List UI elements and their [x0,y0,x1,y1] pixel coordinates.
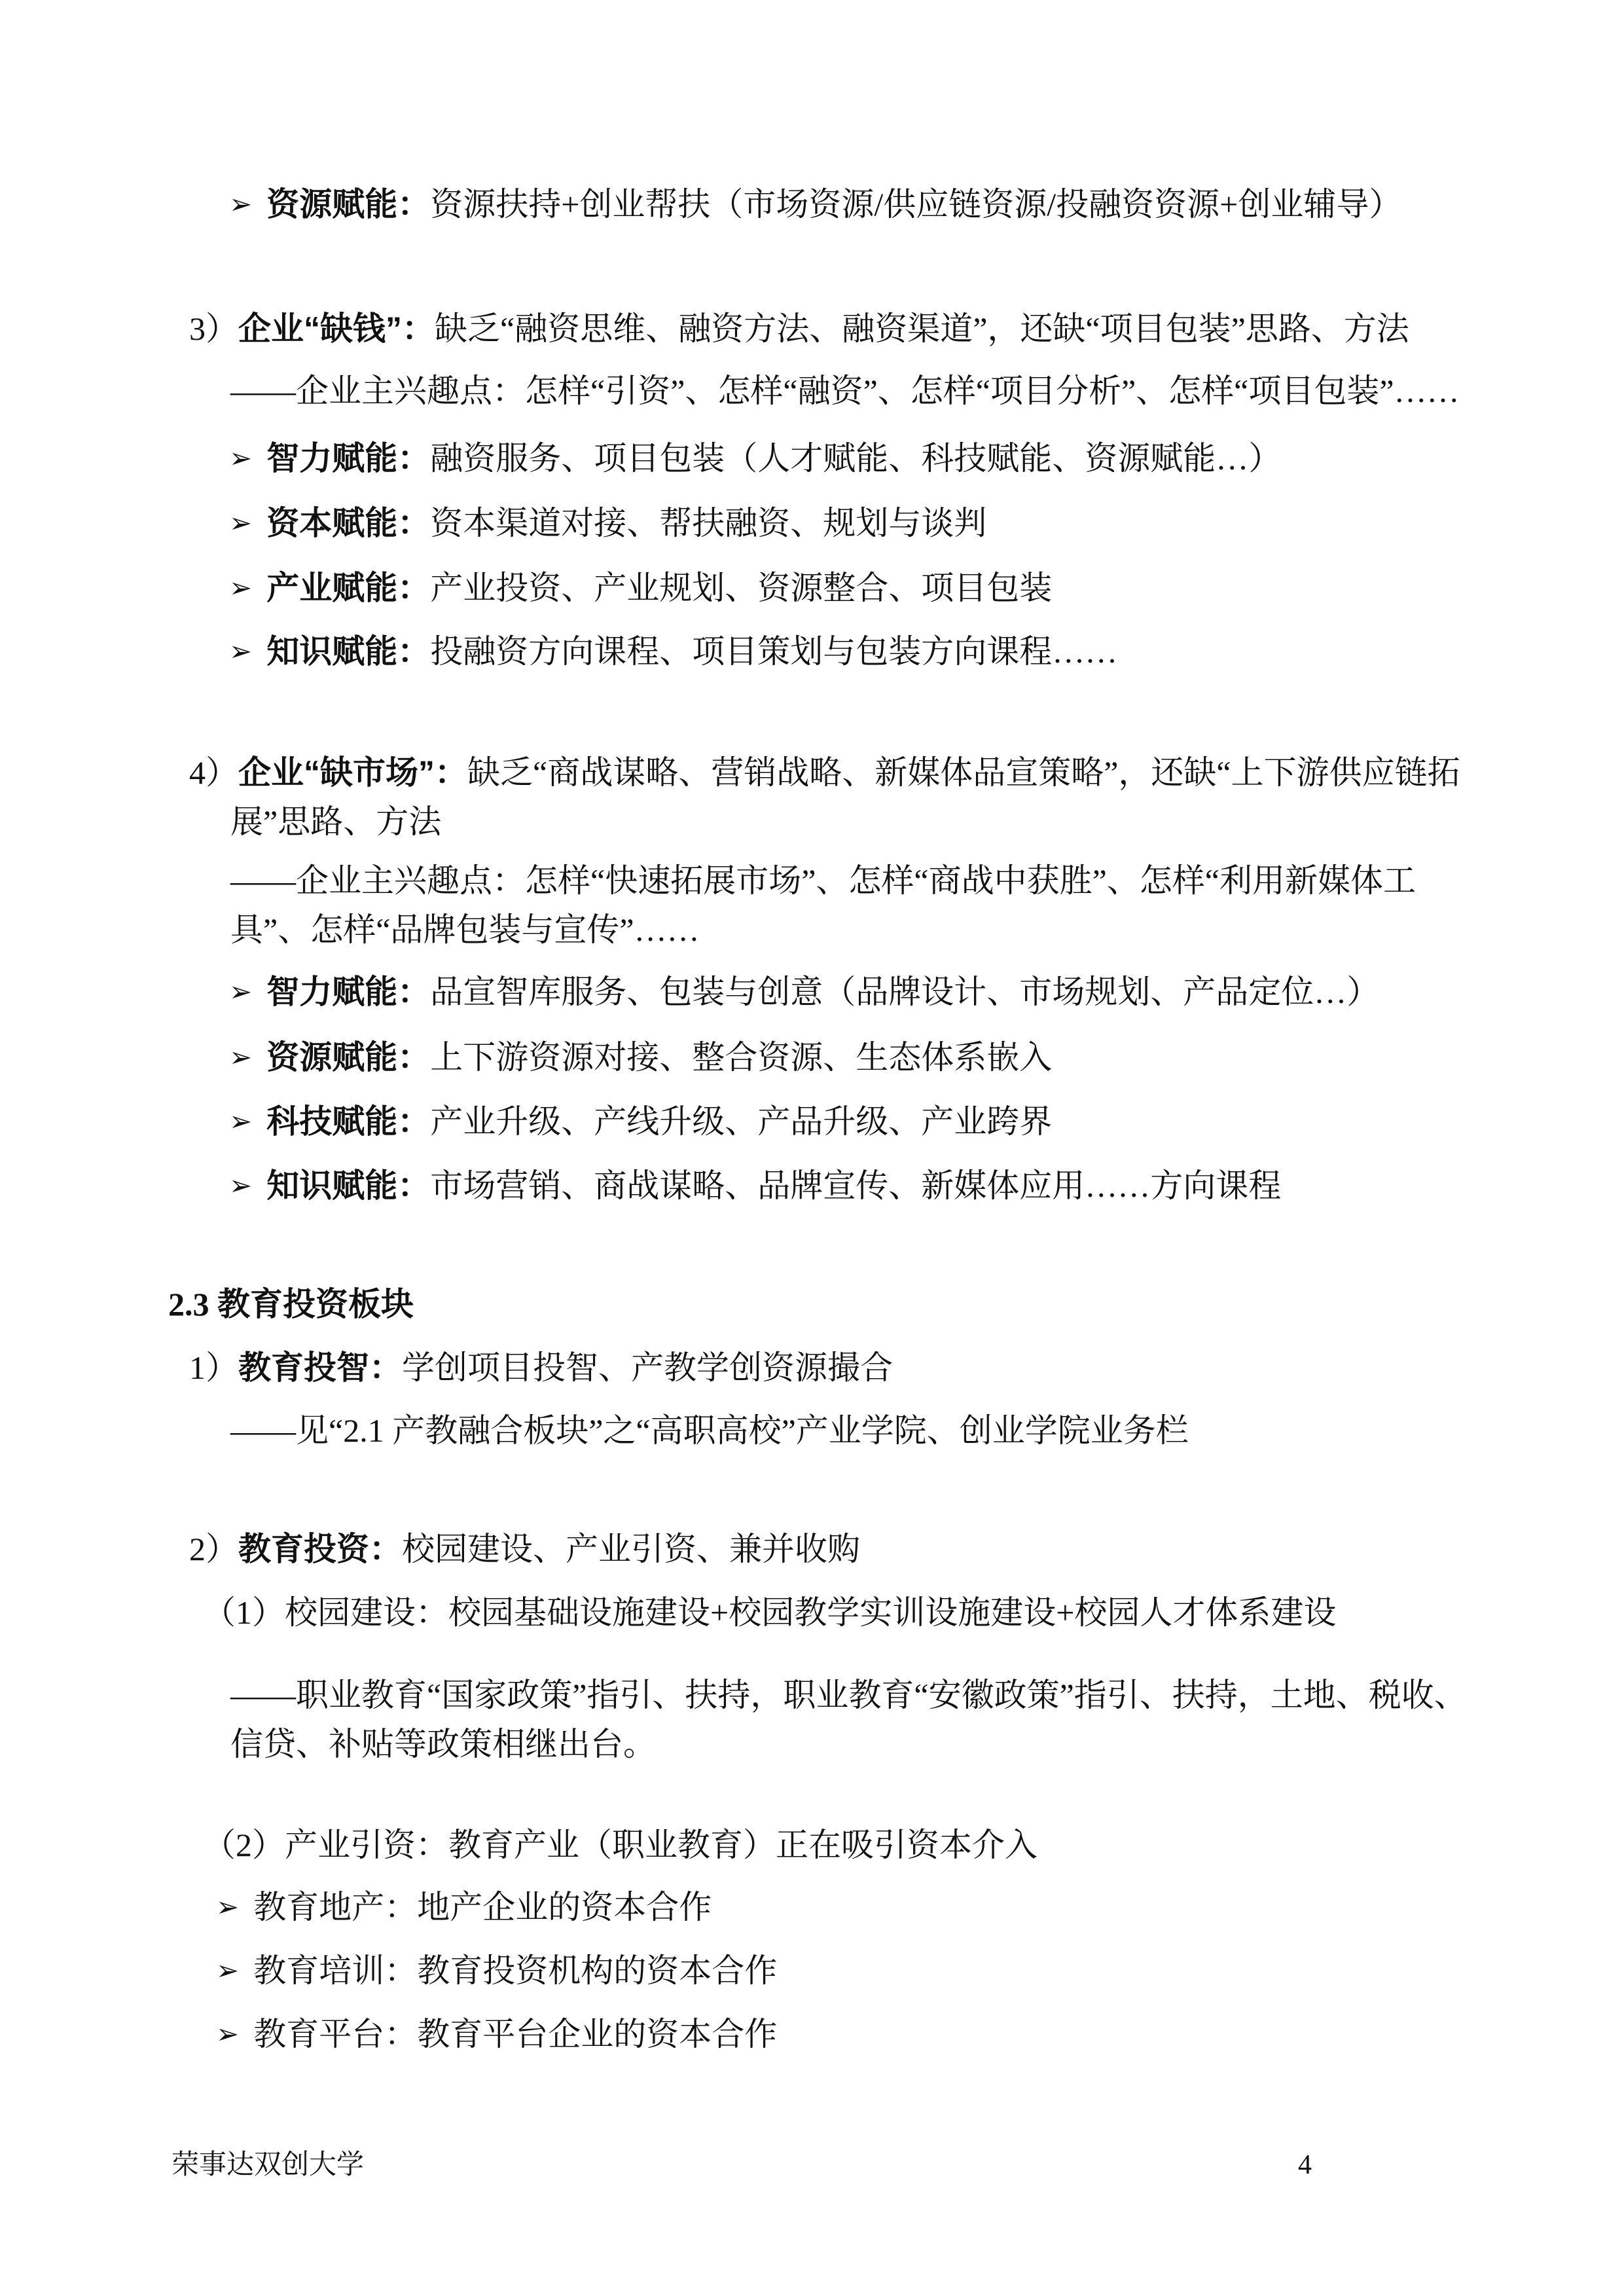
arrow-bullet-icon: ➢ [229,563,252,612]
bullet-item: ➢科技赋能：产业升级、产线升级、产品升级、产业跨界 [229,1097,1470,1148]
page-number: 4 [1298,2145,1312,2185]
footer-org-name: 荣事达双创大学 [171,2145,364,2185]
bullet-item: ➢智力赋能：品宣智库服务、包装与创意（品牌设计、市场规划、产品定位…） [229,968,1470,1018]
arrow-bullet-icon: ➢ [216,1882,239,1931]
bullet-label: 知识赋能： [266,633,430,670]
numbered-item-1: 1）教育投智：学创项目投智、产教学创资源撮合 [0,1343,1470,1393]
item-label: 产业引资： [285,1827,448,1863]
numbered-item-2: 2）教育投资：校园建设、产业引资、兼并收购 [0,1525,1470,1574]
bullet-label: 产业赋能： [266,570,430,606]
note-text: ——企业主兴趣点：怎样“引资”、怎样“融资”、怎样“项目分析”、怎样“项目包装”… [230,373,1460,409]
item-number: 4） [189,754,238,791]
bullet-label: 资源赋能： [266,1039,430,1076]
paren-item-1: （1）校园建设：校园基础设施建设+校园教学实训设施建设+校园人才体系建设 [203,1588,1470,1637]
item-label: 教育投资： [238,1531,402,1567]
bullet-item: ➢教育地产：地产企业的资本合作 [216,1883,1470,1933]
heading-text: 2.3 教育投资板块 [168,1286,414,1322]
bullet-text: 上下游资源对接、整合资源、生态体系嵌入 [430,1039,1052,1076]
item-text: 校园建设、产业引资、兼并收购 [402,1531,860,1567]
numbered-item-4: 4）企业“缺市场”：缺乏“商战谋略、营销战略、新媒体品宣策略”，还缺“上下游供应… [0,748,1470,847]
item-number: 2） [189,1531,238,1567]
item-text: 缺乏“融资思维、融资方法、融资渠道”，还缺“项目包装”思路、方法 [435,310,1409,347]
bullet-item: ➢知识赋能：投融资方向课程、项目策划与包装方向课程…… [229,627,1470,678]
item-number: 1） [189,1349,238,1386]
bullet-text: 投融资方向课程、项目策划与包装方向课程…… [430,633,1117,670]
bullet-text: 教育投资机构的资本合作 [417,1952,777,1989]
bullet-text: 地产企业的资本合作 [417,1889,712,1925]
interest-note: ——企业主兴趣点：怎样“快速拓展市场”、怎样“商战中获胜”、怎样“利用新媒体工具… [230,856,1470,955]
item-label: 教育投智： [238,1349,402,1386]
item-text: 学创项目投智、产教学创资源撮合 [402,1349,893,1386]
arrow-bullet-icon: ➢ [229,1161,252,1210]
bullet-item: ➢资源赋能：资源扶持+创业帮扶（市场资源/供应链资源/投融资资源+创业辅导） [229,180,1470,230]
bullet-item: ➢知识赋能：市场营销、商战谋略、品牌宣传、新媒体应用……方向课程 [229,1161,1470,1212]
bullet-text: 教育平台企业的资本合作 [417,2016,777,2052]
bullet-label: 资本赋能： [266,505,430,541]
numbered-item-3: 3）企业“缺钱”：缺乏“融资思维、融资方法、融资渠道”，还缺“项目包装”思路、方… [0,304,1470,354]
paren-item-2: （2）产业引资：教育产业（职业教育）正在吸引资本介入 [203,1821,1470,1870]
arrow-bullet-icon: ➢ [216,1946,239,1995]
item-number: 3） [189,310,238,347]
note-text: ——见“2.1 产教融合板块”之“高职高校”产业学院、创业学院业务栏 [230,1412,1189,1449]
arrow-bullet-icon: ➢ [229,179,252,228]
bullet-item: ➢资源赋能：上下游资源对接、整合资源、生态体系嵌入 [229,1033,1470,1084]
arrow-bullet-icon: ➢ [229,627,252,676]
bullet-item: ➢教育培训：教育投资机构的资本合作 [216,1946,1470,1997]
note-text: ——企业主兴趣点：怎样“快速拓展市场”、怎样“商战中获胜”、怎样“利用新媒体工具… [230,862,1416,948]
bullet-label: 教育地产： [253,1889,417,1925]
item-label: 校园建设： [285,1594,448,1631]
policy-note: ——职业教育“国家政策”指引、扶持，职业教育“安徽政策”指引、扶持，土地、税收、… [230,1671,1470,1769]
bullet-text: 产业投资、产业规划、资源整合、项目包装 [430,570,1052,606]
interest-note: ——企业主兴趣点：怎样“引资”、怎样“融资”、怎样“项目分析”、怎样“项目包装”… [230,367,1470,416]
item-text: 校园基础设施建设+校园教学实训设施建设+校园人才体系建设 [448,1594,1336,1631]
bullet-label: 资源赋能： [266,186,430,223]
bullet-item: ➢教育平台：教育平台企业的资本合作 [216,2010,1470,2060]
bullet-label: 智力赋能： [266,974,430,1010]
page-footer: 荣事达双创大学 4 [171,2145,1312,2185]
note-text: ——职业教育“国家政策”指引、扶持，职业教育“安徽政策”指引、扶持，土地、税收、… [230,1677,1467,1762]
arrow-bullet-icon: ➢ [229,967,252,1016]
bullet-label: 知识赋能： [266,1167,430,1204]
bullet-text: 品宣智库服务、包装与创意（品牌设计、市场规划、产品定位…） [430,974,1379,1010]
arrow-bullet-icon: ➢ [229,1097,252,1146]
bullet-label: 教育平台： [253,2016,417,2052]
item-text: 教育产业（职业教育）正在吸引资本介入 [448,1827,1038,1863]
bullet-item: ➢智力赋能：融资服务、项目包装（人才赋能、科技赋能、资源赋能…） [229,434,1470,484]
bullet-text: 资本渠道对接、帮扶融资、规划与谈判 [430,505,986,541]
item-label: 企业“缺钱”： [238,310,435,347]
section-heading: 2.3 教育投资板块 [168,1280,1470,1329]
document-page: ➢资源赋能：资源扶持+创业帮扶（市场资源/供应链资源/投融资资源+创业辅导） 3… [0,0,1624,2185]
bullet-label: 智力赋能： [266,440,430,477]
bullet-text: 融资服务、项目包装（人才赋能、科技赋能、资源赋能…） [430,440,1281,477]
bullet-text: 产业升级、产线升级、产品升级、产业跨界 [430,1103,1052,1140]
arrow-bullet-icon: ➢ [229,498,252,547]
reference-note: ——见“2.1 产教融合板块”之“高职高校”产业学院、创业学院业务栏 [230,1406,1470,1455]
item-number: （1） [203,1594,285,1631]
bullet-text: 资源扶持+创业帮扶（市场资源/供应链资源/投融资资源+创业辅导） [430,186,1401,223]
item-label: 企业“缺市场”： [238,754,467,791]
arrow-bullet-icon: ➢ [229,1032,252,1082]
bullet-label: 科技赋能： [266,1103,430,1140]
item-number: （2） [203,1827,285,1863]
bullet-item: ➢产业赋能：产业投资、产业规划、资源整合、项目包装 [229,564,1470,614]
bullet-label: 教育培训： [253,1952,417,1989]
bullet-text: 市场营销、商战谋略、品牌宣传、新媒体应用……方向课程 [430,1167,1281,1204]
arrow-bullet-icon: ➢ [216,2009,239,2058]
arrow-bullet-icon: ➢ [229,433,252,483]
bullet-item: ➢资本赋能：资本渠道对接、帮扶融资、规划与谈判 [229,499,1470,549]
